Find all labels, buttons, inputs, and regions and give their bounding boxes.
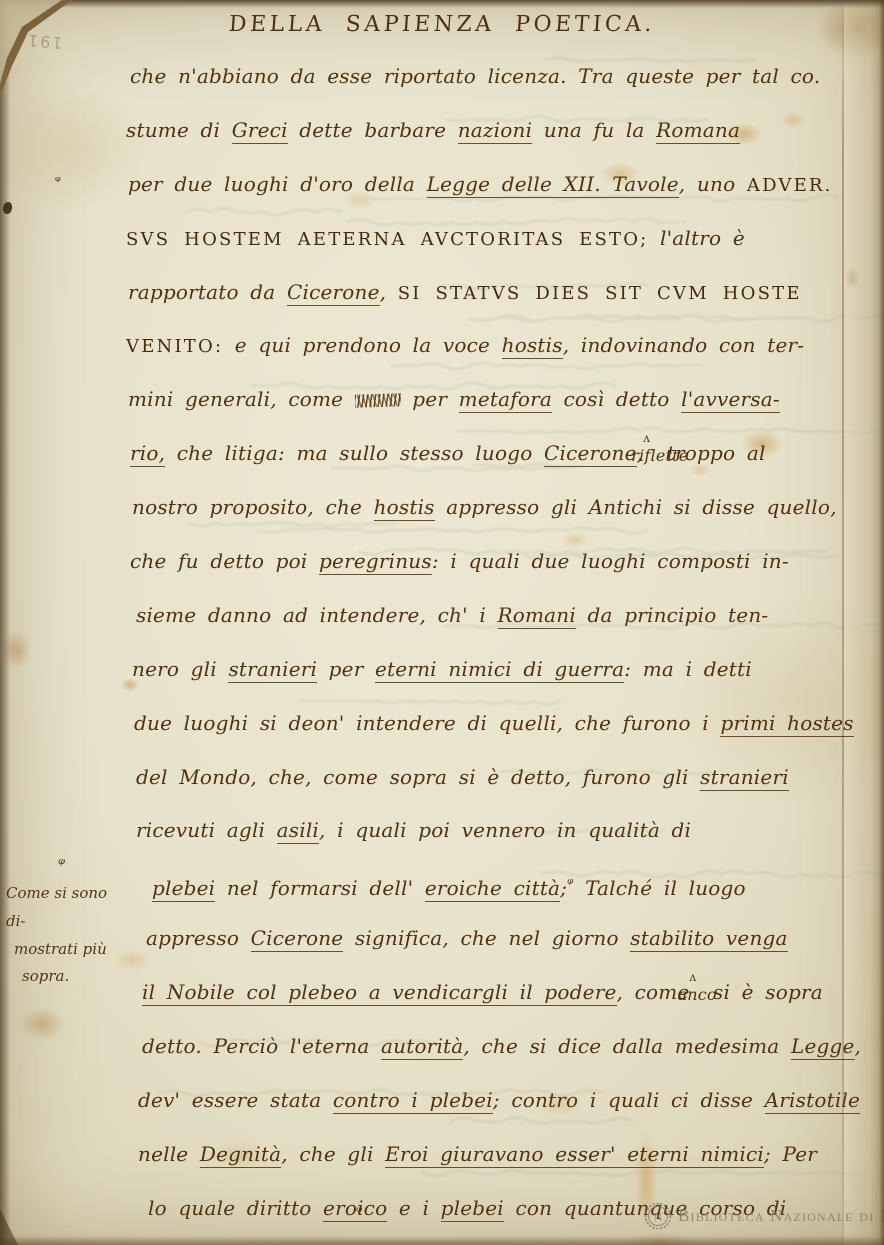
svg-text:N: N	[654, 1210, 663, 1224]
text-segment: due luoghi si deon' intendere di quelli,…	[134, 711, 720, 735]
manuscript-line: nero gli stranieri per eterni nimici di …	[132, 643, 878, 697]
text-segment: , che si dice dalla medesima	[463, 1034, 791, 1058]
underlined-phrase: plebei	[441, 1196, 504, 1222]
insertion-word: anco	[677, 968, 716, 1022]
text-segment: del Mondo, che, come sopra si è detto, f…	[136, 765, 700, 789]
underlined-phrase: l'avversa-	[681, 387, 780, 413]
underlined-phrase: stranieri	[700, 765, 789, 791]
underlined-phrase: autorità	[381, 1034, 463, 1060]
text-segment: : i quali due luoghi composti in-	[432, 549, 789, 573]
manuscript-line: detto. Perciò l'eterna autorità, che si …	[142, 1020, 878, 1074]
underlined-phrase: stranieri	[228, 657, 317, 683]
text-segment: appresso gli Antichi si disse quello,	[435, 495, 837, 519]
underlined-phrase: Aristotile	[765, 1088, 860, 1114]
manuscript-line: mini generali, come per metafora così de…	[128, 373, 878, 427]
text-segment: ; Per	[764, 1142, 817, 1166]
page-edge-right	[879, 0, 884, 1245]
interlinear-insertion: ʌriflette	[643, 444, 655, 466]
text-segment: , che gli	[281, 1142, 385, 1166]
underlined-phrase: hostis	[374, 495, 435, 521]
text-segment: che litiga: ma sullo stesso luogo	[165, 441, 544, 465]
manuscript-line: dev' essere stata contro i plebei; contr…	[138, 1074, 878, 1128]
text-segment: si è sopra	[701, 980, 822, 1004]
text-segment: detto. Perciò l'eterna	[142, 1034, 381, 1058]
page-title: DELLA SAPIENZA POETICA.	[0, 12, 884, 37]
underlined-phrase: rio,	[130, 441, 165, 467]
page-edge-top	[0, 0, 884, 8]
underlined-phrase: nazioni	[458, 118, 532, 144]
text-segment: ADVER.	[747, 175, 833, 196]
underlined-phrase: Cicerone	[251, 926, 344, 952]
text-segment: una fu la	[532, 118, 656, 142]
underlined-phrase: metafora	[459, 387, 552, 413]
underlined-phrase: plebei	[152, 876, 215, 902]
text-segment: da principio ten-	[576, 603, 768, 627]
manuscript-line: nostro proposito, che hostis appresso gl…	[132, 481, 878, 535]
text-segment: , i quali poi vennero in qualità di	[319, 818, 691, 842]
text-block: che n'abbiano da esse riportato licenza.…	[126, 50, 878, 1236]
stamp-emblem-icon: N	[644, 1202, 672, 1230]
manuscript-line: stume di Greci dette barbare nazioni una…	[126, 104, 878, 158]
interlinear-insertion: ʌanco	[689, 983, 701, 1005]
manuscript-line: due luoghi si deon' intendere di quelli,…	[134, 697, 878, 751]
text-segment: , uno	[679, 172, 747, 196]
underlined-phrase: Degnità	[200, 1142, 281, 1168]
manuscript-line: VENITO: e qui prendono la voce hostis, i…	[126, 319, 878, 373]
margin-note-line: Come si sono di-	[6, 880, 130, 936]
text-segment: ,	[855, 1034, 862, 1058]
margin-note: Come si sono di- mostrati più sopra.	[6, 880, 130, 991]
underlined-phrase: il Nobile col plebeo a vendicargli il po…	[142, 980, 617, 1006]
manuscript-line: ricevuti agli asili, i quali poi vennero…	[136, 804, 878, 858]
underlined-phrase: Romani	[498, 603, 576, 629]
text-segment: nero gli	[132, 657, 228, 681]
margin-note-line: mostrati più	[14, 936, 130, 964]
text-segment: appresso	[146, 926, 251, 950]
underlined-phrase: stabilito venga	[630, 926, 787, 952]
text-segment: nelle	[138, 1142, 200, 1166]
text-segment: ; contro i quali ci disse	[493, 1088, 765, 1112]
manuscript-line: del Mondo, che, come sopra si è detto, f…	[136, 751, 878, 805]
manuscript-line: rio, che litiga: ma sullo stesso luogo C…	[130, 427, 878, 481]
text-segment: significa, che nel giorno	[343, 926, 630, 950]
text-segment: sieme danno ad intendere, ch' i	[136, 603, 498, 627]
text-segment: Talché il luogo	[574, 876, 746, 900]
underlined-phrase: Cicerone	[544, 441, 637, 467]
manuscript-page: 191 DELLA SAPIENZA POETICA. ᵠ che n'abbi…	[0, 0, 884, 1245]
stamp-text: Biblioteca Nazionale di Napoli	[678, 1206, 884, 1226]
text-segment: ricevuti agli	[136, 818, 277, 842]
text-segment: per due luoghi d'oro della	[128, 172, 427, 196]
underlined-phrase: Legge delle XII. Tavole	[427, 172, 679, 198]
text-segment: per	[317, 657, 375, 681]
text-segment: dev' essere stata	[138, 1088, 333, 1112]
margin-note-line: sopra.	[22, 963, 130, 991]
text-segment: lo quale diritto	[148, 1196, 323, 1220]
margin-phi-symbol: ᵠ	[55, 174, 61, 189]
underlined-phrase: contro i plebei	[333, 1088, 493, 1114]
manuscript-line: per due luoghi d'oro della Legge delle X…	[128, 158, 878, 212]
page-edge-bottom	[0, 1236, 884, 1245]
underlined-phrase: peregrinus	[319, 549, 432, 575]
manuscript-line: rapportato da Cicerone, SI STATVS DIES S…	[128, 266, 878, 320]
underlined-phrase: primi hostes	[720, 711, 853, 737]
underlined-phrase: Cicerone	[287, 280, 380, 306]
underlined-phrase: Eroi giuravano esser' eterni nimici	[385, 1142, 764, 1168]
text-segment: così detto	[552, 387, 681, 411]
manuscript-line: SVS HOSTEM AETERNA AVCTORITAS ESTO; l'al…	[126, 212, 878, 266]
underlined-phrase: hostis	[502, 333, 563, 359]
underlined-phrase: Greci	[232, 118, 288, 144]
manuscript-line: il Nobile col plebeo a vendicargli il po…	[142, 966, 878, 1020]
text-segment: che fu detto poi	[130, 549, 319, 573]
text-segment: , indovinando con ter-	[563, 333, 805, 357]
text-segment: nel formarsi dell'	[215, 876, 425, 900]
underlined-phrase: eroiche città	[425, 876, 560, 902]
manuscript-line: nelle Degnità, che gli Eroi giuravano es…	[138, 1128, 878, 1182]
manuscript-line: che n'abbiano da esse riportato licenza.…	[130, 50, 878, 104]
text-segment: che n'abbiano da esse riportato licenza.…	[130, 64, 820, 88]
manuscript-line: che fu detto poi peregrinus: i quali due…	[130, 535, 878, 589]
manuscript-line: appresso Cicerone significa, che nel gio…	[146, 912, 878, 966]
footnote-phi-mark: ᵠ	[356, 1204, 362, 1220]
page-edge-left	[0, 0, 10, 1245]
margin-note-mark: ᵠ	[58, 854, 65, 873]
text-segment: ,	[380, 280, 398, 304]
text-segment: l'altro è	[648, 226, 744, 250]
insertion-word: riflette	[631, 429, 688, 483]
library-stamp: N Biblioteca Nazionale di Napoli	[644, 1202, 884, 1230]
text-segment: mini generali, come	[128, 387, 355, 411]
text-segment: dette barbare	[288, 118, 458, 142]
text-segment: SI STATVS DIES SIT CVM HOSTE	[398, 283, 802, 304]
underlined-phrase: Romana	[656, 118, 740, 144]
text-segment: stume di	[126, 118, 232, 142]
text-segment: e qui prendono la voce	[223, 333, 501, 357]
manuscript-line: plebei nel formarsi dell' eroiche città;…	[152, 858, 878, 912]
manuscript-line: sieme danno ad intendere, ch' i Romani d…	[136, 589, 878, 643]
text-segment: per	[401, 387, 459, 411]
text-segment: : ma i detti	[624, 657, 752, 681]
underlined-phrase: eterni nimici di guerra	[375, 657, 624, 683]
text-segment: SVS HOSTEM AETERNA AVCTORITAS ESTO;	[126, 229, 648, 250]
text-segment: nostro proposito, che	[132, 495, 374, 519]
underlined-phrase: asili	[277, 818, 319, 844]
text-segment: e i	[387, 1196, 440, 1220]
text-segment: VENITO:	[126, 336, 223, 357]
struck-out-word	[355, 394, 401, 409]
text-segment: rapportato da	[128, 280, 287, 304]
underlined-phrase: Legge	[791, 1034, 855, 1060]
